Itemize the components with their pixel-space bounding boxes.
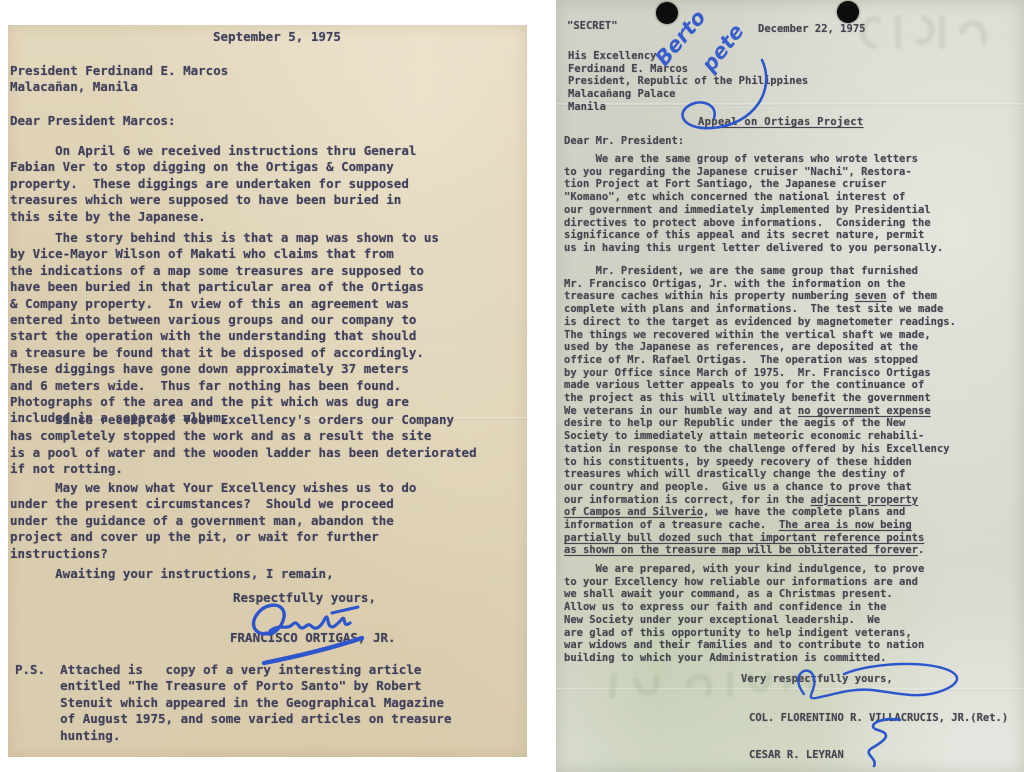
salutation: Dear President Marcos:: [10, 113, 176, 129]
punch-hole: [656, 2, 678, 24]
classification-marking: "SECRET": [567, 20, 618, 33]
closing-line: Awaiting your instructions, I remain,: [10, 566, 334, 582]
handwritten-note-flourish-icon: [634, 30, 794, 160]
scanned-letters-page: September 5, 1975 President Ferdinand E.…: [0, 0, 1024, 772]
paragraph-2: Mr. President, we are the same group tha…: [564, 265, 956, 557]
paragraph-3: Since receipt of Your Excellency's order…: [10, 412, 477, 478]
villacrucis-signature-icon: [752, 660, 968, 716]
signer-name-2: CESAR R. LEYRAN: [749, 749, 844, 762]
letter-villacrucis-page: "SECRET" December 22, 1975 His Excellenc…: [556, 0, 1024, 772]
letter-date: September 5, 1975: [213, 29, 341, 45]
postscript: P.S. Attached is copy of a very interest…: [15, 662, 452, 744]
paragraph-1: We are the same group of veterans who wr…: [564, 153, 943, 255]
ortigas-signature-icon: [236, 593, 396, 671]
punch-hole: [837, 1, 859, 23]
paragraph-2: The story behind this is that a map was …: [10, 230, 439, 427]
paragraph-1: On April 6 we received instructions thru…: [10, 143, 416, 225]
recipient-address: President Ferdinand E. Marcos Malacañan,…: [10, 63, 228, 96]
letter-ortigas-page: September 5, 1975 President Ferdinand E.…: [8, 25, 527, 757]
paragraph-4: May we know what Your Excellency wishes …: [10, 480, 416, 562]
paragraph-3: We are prepared, with your kind indulgen…: [564, 563, 924, 665]
leyran-signature-icon: [842, 714, 914, 772]
